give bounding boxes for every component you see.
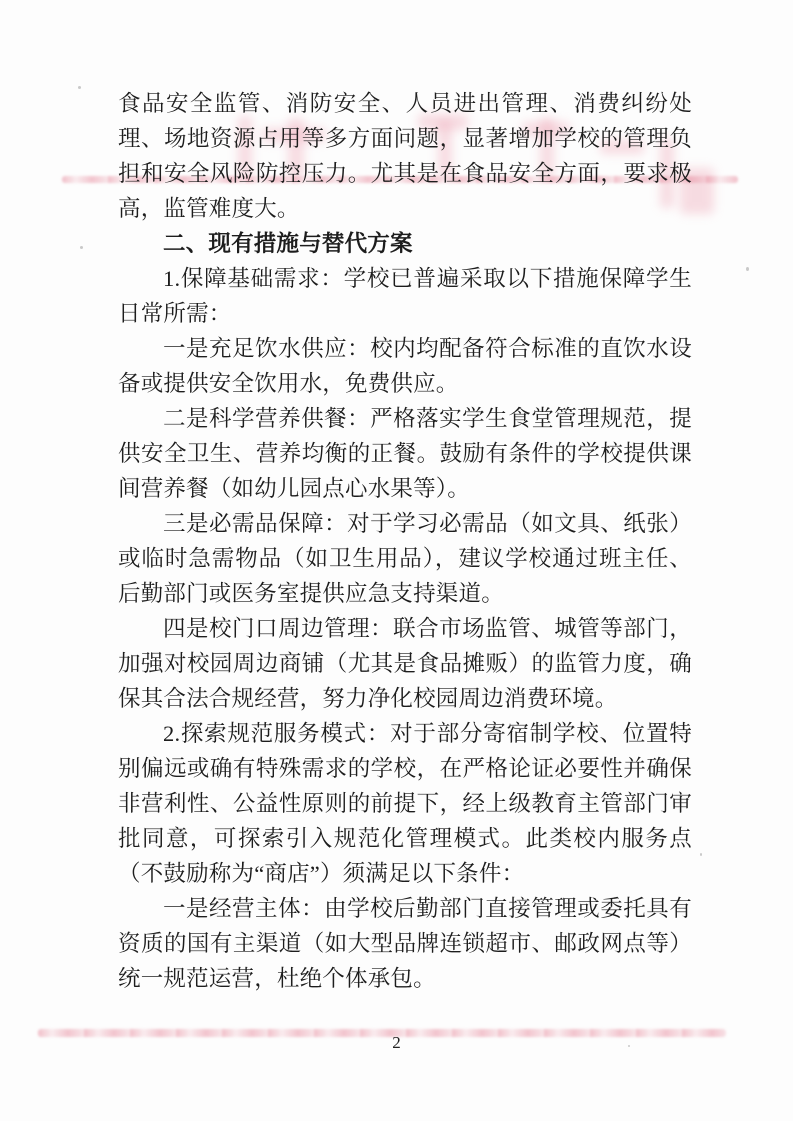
scan-speck (700, 853, 702, 856)
paragraph-item-2: 2.探索规范服务模式：对于部分寄宿制学校、位置特别偏远或确有特殊需求的学校，在严… (118, 716, 692, 891)
paragraph-intro-continued: 食品安全监管、消防安全、人员进出管理、消费纠纷处理、场地资源占用等多方面问题，显… (118, 86, 692, 226)
section-heading: 二、现有措施与替代方案 (118, 226, 692, 261)
scan-speck (78, 86, 81, 89)
scan-speck (80, 246, 83, 249)
paragraph-item-1d: 四是校门口周边管理：联合市场监管、城管等部门，加强对校园周边商铺（尤其是食品摊贩… (118, 611, 692, 716)
document-body: 食品安全监管、消防安全、人员进出管理、消费纠纷处理、场地资源占用等多方面问题，显… (118, 86, 692, 996)
document-page: 食品安全监管、消防安全、人员进出管理、消费纠纷处理、场地资源占用等多方面问题，显… (0, 0, 793, 1121)
paragraph-item-2a: 一是经营主体：由学校后勤部门直接管理或委托具有资质的国有主渠道（如大型品牌连锁超… (118, 891, 692, 996)
scan-speck (746, 267, 749, 271)
paragraph-item-1b: 二是科学营养供餐：严格落实学生食堂管理规范，提供安全卫生、营养均衡的正餐。鼓励有… (118, 401, 692, 506)
paragraph-item-1c: 三是必需品保障：对于学习必需品（如文具、纸张）或临时急需物品（如卫生用品），建议… (118, 506, 692, 611)
paragraph-item-1: 1.保障基础需求：学校已普遍采取以下措施保障学生日常所需： (118, 261, 692, 331)
page-number: 2 (0, 1033, 793, 1053)
paragraph-item-1a: 一是充足饮水供应：校内均配备符合标准的直饮水设备或提供安全饮用水，免费供应。 (118, 331, 692, 401)
